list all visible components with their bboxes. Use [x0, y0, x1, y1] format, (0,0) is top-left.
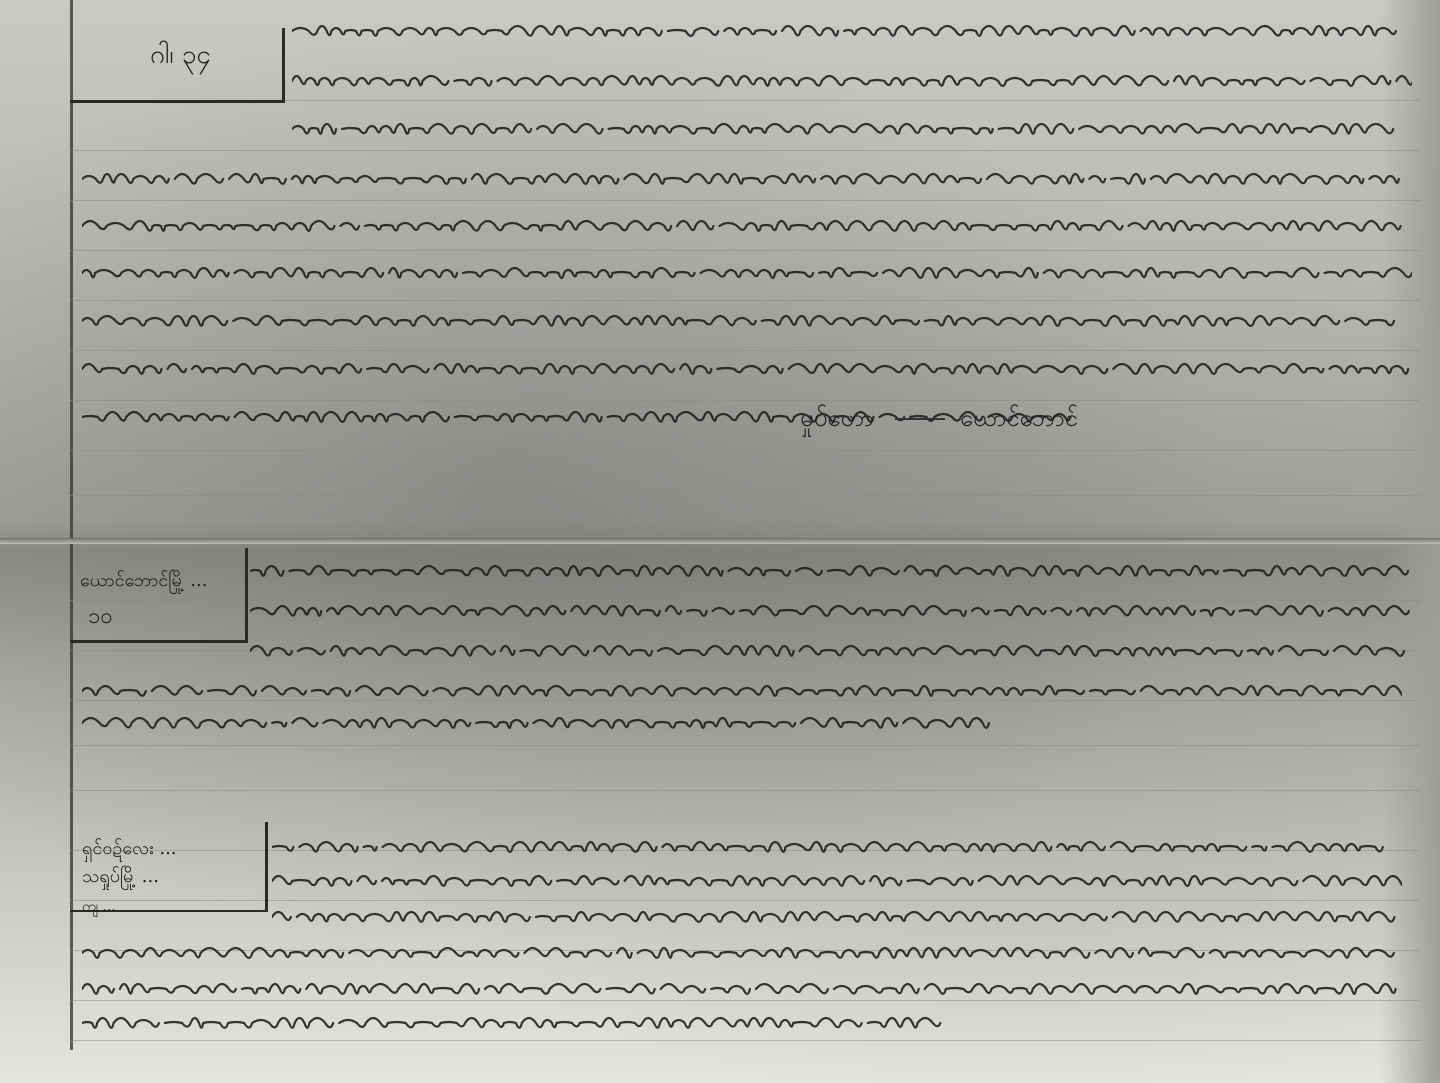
- signature-dash: [895, 418, 945, 420]
- handwritten-line: သက္ကရာဇ် ၁၂၁၃ ခုနှစ် ... ရက်နေ့တွင် ...: [250, 555, 1410, 585]
- handwritten-line: သက္ကရာဇ် ၁၂၁၃ ခုနှစ် တော်သလင်းလဆန်း ရက်န…: [292, 15, 1412, 45]
- handwritten-line: တော်လျှောက်ရ ... ဂါ ... ၁၇ ... ရှိသည် ..…: [292, 113, 1412, 143]
- handwritten-line: တိုး ... ချေးမပါ ... ဒိုင်ဝိုင်း ... ရှိ…: [250, 595, 1410, 625]
- ruled-line: [70, 350, 1420, 351]
- handwritten-line: ယော ... ဘောဇ် ...: [82, 937, 1402, 967]
- ruled-line: [70, 200, 1420, 201]
- signature-right: ယောင်ဘောင်: [960, 402, 1078, 438]
- manuscript-photo: ဂါ၊ ၃၄ သက္ကရာဇ် ၁၂၁၃ ခုနှစ် တော်သလင်းလဆန…: [0, 0, 1440, 1083]
- margin-number-2: ၁၀: [88, 602, 113, 632]
- page-fold: [0, 538, 1440, 544]
- handwritten-line: မြို့ရွာကြီး ... တော်လျှောက်ရ ...: [82, 257, 1412, 287]
- handwritten-line: ၇ ဝ တပ်မြို့ ...: [82, 353, 1412, 383]
- handwritten-line: ဘိုးလျှောက် ... ဘော်လျှောက်ရ ... ပေးသည် …: [82, 675, 1402, 705]
- handwritten-line: လပ ... ပေါ်တွင် ... တပ် ...: [272, 901, 1402, 931]
- handwritten-line: ဓါတ် ... ပေး ... ယောင်ဘော: [82, 1007, 942, 1037]
- handwritten-line: မြို့ရွာကြီး ... အမှုတော် ...: [82, 210, 1412, 240]
- margin-label-1: ဂါ၊ ၃၄: [150, 40, 211, 70]
- ruled-line: [70, 250, 1420, 251]
- handwritten-line: ပေါ်တော်ပြီ ... ရှိ ... ပေးသည် ...: [272, 865, 1402, 895]
- handwritten-line: ကလွှမ်း တိုတပ် ... ၁၀ ... ရှိ ...: [82, 163, 1412, 193]
- ruled-line: [70, 790, 1420, 791]
- handwritten-line: ၁၀ ... ရှိသည် ...: [82, 305, 1412, 335]
- margin-label-3b: သရှုပ်မြို့ ...: [82, 862, 159, 892]
- ruled-line: [70, 450, 1420, 451]
- handwritten-line: ဥရွှေ ... ရှိ ... ကြာသည် ...: [82, 973, 1402, 1003]
- ruled-line: [70, 745, 1420, 746]
- ruled-line: [70, 1040, 1420, 1041]
- margin-label-3: ရှင်ဝဍ်လေး ...: [82, 834, 177, 864]
- margin-label-3c: ကျ ...: [82, 892, 116, 922]
- ruled-line: [70, 495, 1420, 496]
- signature-left: မှုပ်ဟော: [800, 402, 874, 438]
- ruled-line: [70, 300, 1420, 301]
- margin-label-2: ယောင်ဘောင်မြို့ ...: [80, 566, 207, 596]
- handwritten-line: ဖြစ် ... ပေး ... ကြာသည် ... ယောင်ဘောင်: [82, 707, 992, 737]
- handwritten-line: ရှိကြောင်း ... လျှောက်ထားသည် ... ယောင်ဘေ…: [82, 401, 1082, 431]
- handwritten-line: မြို့ရွာကြီး ... ခံ ... ဘိုင်း ...: [250, 635, 1410, 665]
- handwritten-line: သူကြီး သူ့ကို လေးစား ယောင်တော်မင်း ... ယ…: [292, 65, 1412, 95]
- ruled-line: [70, 150, 1420, 151]
- handwritten-line: သက္ကရာဇ် ၁၂၁၃ ခုနှစ် ... ရက်နေ့တွင် ...: [272, 831, 1402, 861]
